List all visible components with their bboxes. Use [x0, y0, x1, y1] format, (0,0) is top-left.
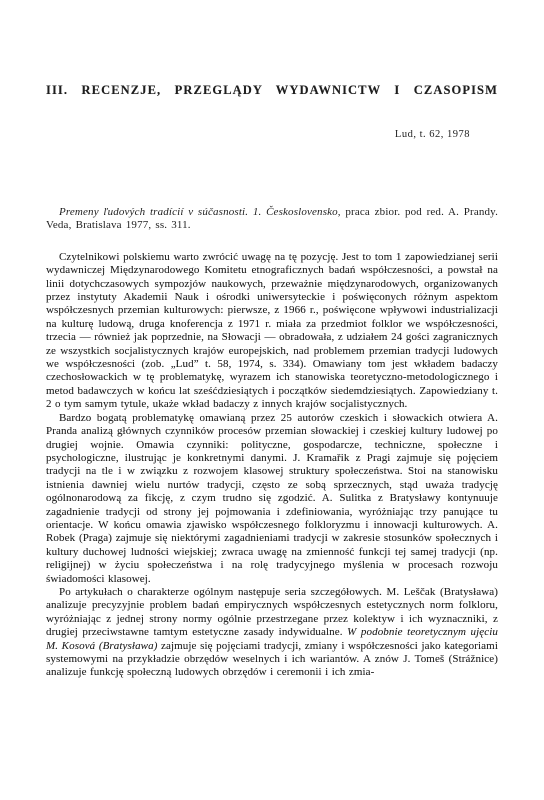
scanned-book-page: III. RECENZJE, PRZEGLĄDY WYDAWNICTW I CZ… [0, 0, 544, 800]
review-paragraph-3: Po artykułach o charakterze ogólnym nast… [46, 586, 498, 680]
journal-volume-citation: Lud, t. 62, 1978 [46, 129, 498, 140]
review-paragraph-2: Bardzo bogatą problematykę omawianą prze… [46, 412, 498, 586]
bibliographic-reference: Premeny ľudových tradícií v súčasnosti. … [46, 206, 498, 233]
review-paragraph-1: Czytelnikowi polskiemu warto zwrócić uwa… [46, 251, 498, 412]
reviewed-work-title: Premeny ľudových tradícií v súčasnosti. … [59, 206, 341, 218]
section-heading: III. RECENZJE, PRZEGLĄDY WYDAWNICTW I CZ… [46, 83, 498, 98]
